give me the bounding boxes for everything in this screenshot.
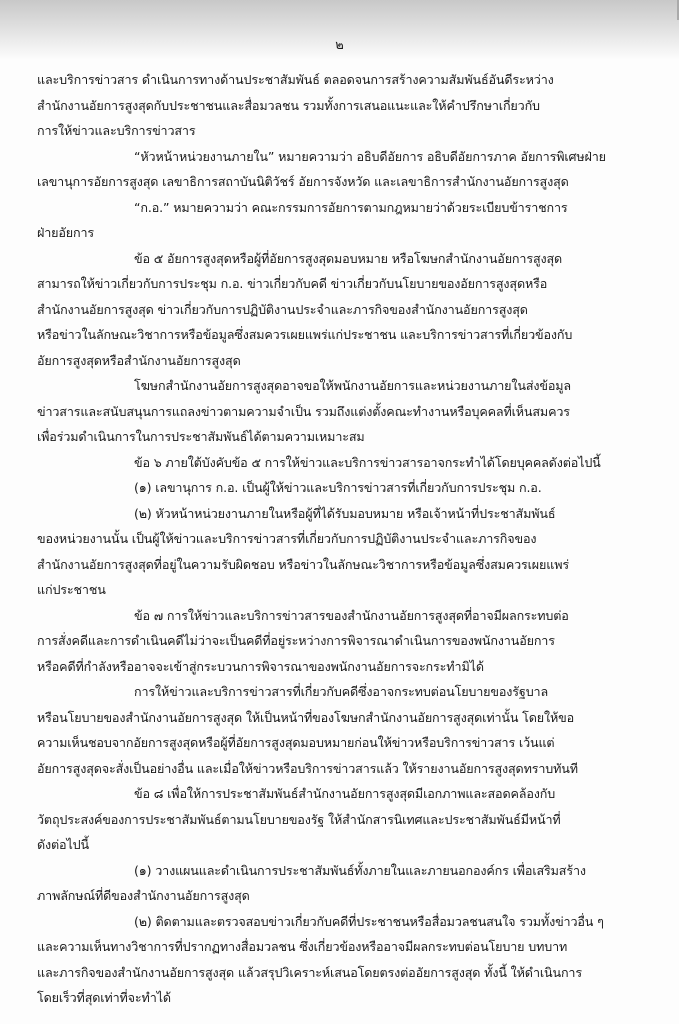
document-line: สำนักงานอัยการสูงสุดกับประชาชนและสื่อมวล…	[37, 93, 627, 119]
document-line: ภาพลักษณ์ที่ดีของสำนักงานอัยการสูงสุด	[37, 883, 627, 909]
document-line: และภารกิจของสำนักงานอัยการสูงสุด แล้วสรุ…	[37, 960, 627, 986]
document-line: การสั่งคดีและการดำเนินคดีไม่ว่าจะเป็นคดี…	[37, 628, 627, 654]
document-line: และความเห็นทางวิชาการที่ปรากฏทางสื่อมวลช…	[37, 934, 627, 960]
document-line: ดังต่อไปนี้	[37, 832, 627, 858]
document-line: การให้ข่าวและบริการข่าวสาร	[37, 118, 627, 144]
document-line: ข่าวสารและสนับสนุนการแถลงข่าวตามความจำเป…	[37, 399, 627, 425]
document-line: การให้ข่าวและบริการข่าวสารที่เกี่ยวกับคด…	[37, 679, 627, 705]
document-line: สำนักงานอัยการสูงสุดที่อยู่ในความรับผิดช…	[37, 552, 627, 578]
document-line: สำนักงานอัยการสูงสุด ข่าวเกี่ยวกับการปฏิ…	[37, 297, 627, 323]
document-line: โดยเร็วที่สุดเท่าที่จะทำได้	[37, 985, 627, 1011]
document-line: ข้อ ๖ ภายใต้บังคับข้อ ๕ การให้ข่าวและบริ…	[37, 450, 627, 476]
document-line: “หัวหน้าหน่วยงานภายใน” หมายความว่า อธิบด…	[37, 144, 627, 170]
document-line: เพื่อร่วมดำเนินการในการประชาสัมพันธ์ได้ต…	[37, 424, 627, 450]
document-line: (๒) หัวหน้าหน่วยงานภายในหรือผู้ที่ได้รับ…	[37, 501, 627, 527]
document-line: ข้อ ๘ เพื่อให้การประชาสัมพันธ์สำนักงานอั…	[37, 781, 627, 807]
document-line: เลขานุการอัยการสูงสุด เลขาธิการสถาบันนิต…	[37, 169, 627, 195]
document-line: และบริการข่าวสาร ดำเนินการทางด้านประชาสั…	[37, 67, 627, 93]
document-line: (๑) เลขานุการ ก.อ. เป็นผู้ให้ข่าวและบริก…	[37, 475, 627, 501]
document-line: สามารถให้ข่าวเกี่ยวกับการประชุม ก.อ. ข่า…	[37, 271, 627, 297]
document-line: ความเห็นชอบจากอัยการสูงสุดหรือผู้ที่อัยก…	[37, 730, 627, 756]
document-line: อัยการสูงสุดหรือสำนักงานอัยการสูงสุด	[37, 348, 627, 374]
document-line: อัยการสูงสุดจะสั่งเป็นอย่างอื่น และเมื่อ…	[37, 756, 627, 782]
document-line: หรือคดีที่กำลังหรืออาจจะเข้าสู่กระบวนการ…	[37, 654, 627, 680]
document-line: (๒) ติดตามและตรวจสอบข่าวเกี่ยวกับคดีที่ป…	[37, 909, 627, 935]
document-line: ของหน่วยงานนั้น เป็นผู้ให้ข่าวและบริการข…	[37, 526, 627, 552]
document-line: (๑) วางแผนและดำเนินการประชาสัมพันธ์ทั้งภ…	[37, 858, 627, 884]
document-body: และบริการข่าวสาร ดำเนินการทางด้านประชาสั…	[37, 67, 627, 1011]
document-line: ข้อ ๗ การให้ข่าวและบริการข่าวสารของสำนัก…	[37, 603, 627, 629]
document-line: แก่ประชาชน	[37, 577, 627, 603]
document-line: ฝ่ายอัยการ	[37, 220, 627, 246]
document-line: วัตถุประสงค์ของการประชาสัมพันธ์ตามนโยบาย…	[37, 807, 627, 833]
document-line: “ก.อ.” หมายความว่า คณะกรรมการอัยการตามกฎ…	[37, 195, 627, 221]
document-line: ข้อ ๕ อัยการสูงสุดหรือผู้ที่อัยการสูงสุด…	[37, 246, 627, 272]
document-line: โฆษกสำนักงานอัยการสูงสุดอาจขอให้พนักงานอ…	[37, 373, 627, 399]
page-number: ๒	[0, 34, 679, 55]
document-line: หรือนโยบายของสำนักงานอัยการสูงสุด ให้เป็…	[37, 705, 627, 731]
document-line: หรือข่าวในลักษณะวิชาการหรือข้อมูลซึ่งสมค…	[37, 322, 627, 348]
